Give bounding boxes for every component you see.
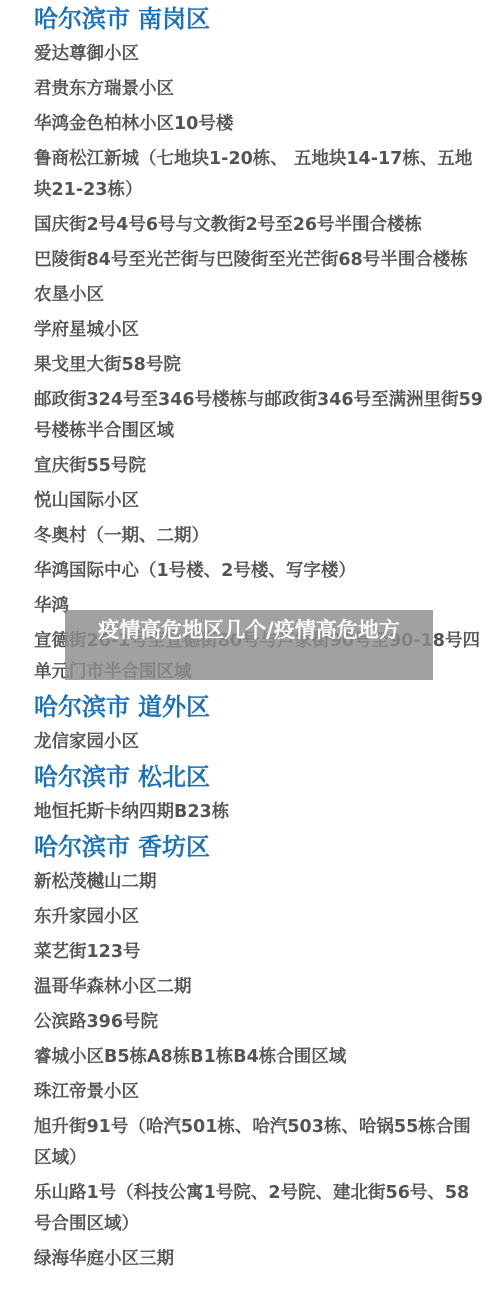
list-item: 国庆街2号4号6号与文教街2号至26号半围合楼栋 <box>34 210 484 241</box>
heading-city: 哈尔滨市 <box>34 763 130 791</box>
heading-district: 道外区 <box>138 693 210 721</box>
heading-city: 哈尔滨市 <box>34 833 130 861</box>
list-item: 温哥华森林小区二期 <box>34 972 484 1003</box>
list-item: 鲁商松江新城（七地块1-20栋、 五地块14-17栋、五地块21-23栋） <box>34 144 484 206</box>
section-heading: 哈尔滨市道外区 <box>34 692 484 722</box>
list-item: 冬奥村（一期、二期） <box>34 521 484 552</box>
section-daowai: 哈尔滨市道外区 龙信家园小区 <box>34 692 484 758</box>
list-item: 农垦小区 <box>34 280 484 311</box>
list-item: 旭升街91号（哈汽501栋、哈汽503栋、哈锅55栋合围区域） <box>34 1112 484 1174</box>
list-item: 菜艺街123号 <box>34 937 484 968</box>
heading-district: 香坊区 <box>138 833 210 861</box>
list-item: 果戈里大街58号院 <box>34 350 484 381</box>
list-item: 邮政街324号至346号楼栋与邮政街346号至满洲里街59号楼栋半合围区域 <box>34 385 484 447</box>
section-nangang: 哈尔滨市南岗区 爱达尊御小区 君贵东方瑞景小区 华鸿金色柏林小区10号楼 鲁商松… <box>34 4 484 688</box>
list-item: 绿海华庭小区三期 <box>34 1244 484 1275</box>
heading-city: 哈尔滨市 <box>34 693 130 721</box>
heading-district: 南岗区 <box>138 5 210 33</box>
heading-district: 松北区 <box>138 763 210 791</box>
list-item: 新松茂樾山二期 <box>34 867 484 898</box>
list-item: 珠江帝景小区 <box>34 1077 484 1108</box>
list-item: 悦山国际小区 <box>34 486 484 517</box>
heading-city: 哈尔滨市 <box>34 5 130 33</box>
list-item: 宣庆街55号院 <box>34 451 484 482</box>
list-item: 东升家园小区 <box>34 902 484 933</box>
list-item: 学府星城小区 <box>34 315 484 346</box>
list-item: 君贵东方瑞景小区 <box>34 74 484 105</box>
section-heading: 哈尔滨市南岗区 <box>34 4 484 34</box>
title-overlay-banner: 疫情高危地区几个/疫情高危地方 <box>65 610 433 680</box>
list-item: 公滨路396号院 <box>34 1007 484 1038</box>
section-xiangfang: 哈尔滨市香坊区 新松茂樾山二期 东升家园小区 菜艺街123号 温哥华森林小区二期… <box>34 832 484 1275</box>
section-heading: 哈尔滨市松北区 <box>34 762 484 792</box>
list-item: 华鸿国际中心（1号楼、2号楼、写字楼） <box>34 556 484 587</box>
list-item: 乐山路1号（科技公寓1号院、2号院、建北街56号、58号合围区域） <box>34 1178 484 1240</box>
list-item: 睿城小区B5栋A8栋B1栋B4栋合围区域 <box>34 1042 484 1073</box>
list-item: 龙信家园小区 <box>34 727 484 758</box>
section-heading: 哈尔滨市香坊区 <box>34 832 484 862</box>
list-item: 巴陵街84号至光芒街与巴陵街至光芒街68号半围合楼栋 <box>34 245 484 276</box>
overlay-title: 疫情高危地区几个/疫情高危地方 <box>98 618 400 642</box>
list-item: 华鸿金色柏林小区10号楼 <box>34 109 484 140</box>
list-item: 爱达尊御小区 <box>34 39 484 70</box>
section-songbei: 哈尔滨市松北区 地恒托斯卡纳四期B23栋 <box>34 762 484 828</box>
list-item: 地恒托斯卡纳四期B23栋 <box>34 797 484 828</box>
